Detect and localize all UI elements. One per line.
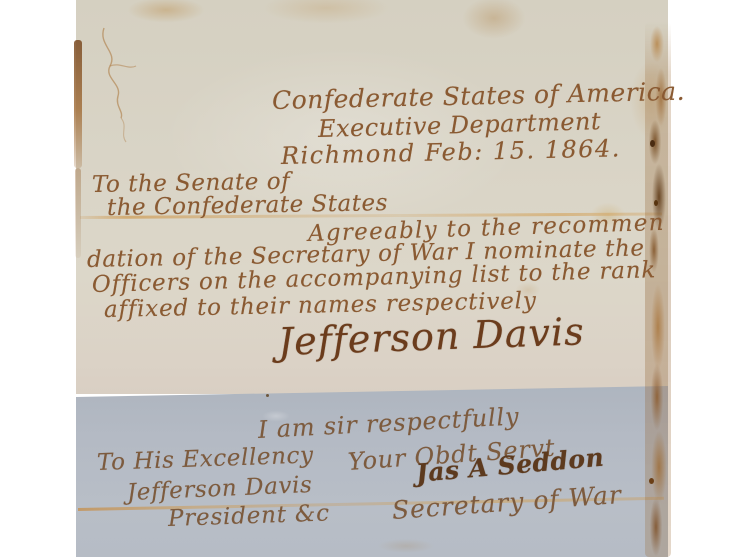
salutation-line-2: the Confederate States (107, 190, 388, 221)
left-page-edge-fade (75, 168, 81, 258)
scanned-document-photo: Confederate States of America. Executive… (0, 0, 740, 557)
ink-speck (650, 140, 655, 147)
left-page-edge (74, 40, 82, 168)
ink-speck (654, 200, 658, 206)
ink-speck (649, 478, 654, 484)
ink-speck (266, 394, 269, 397)
